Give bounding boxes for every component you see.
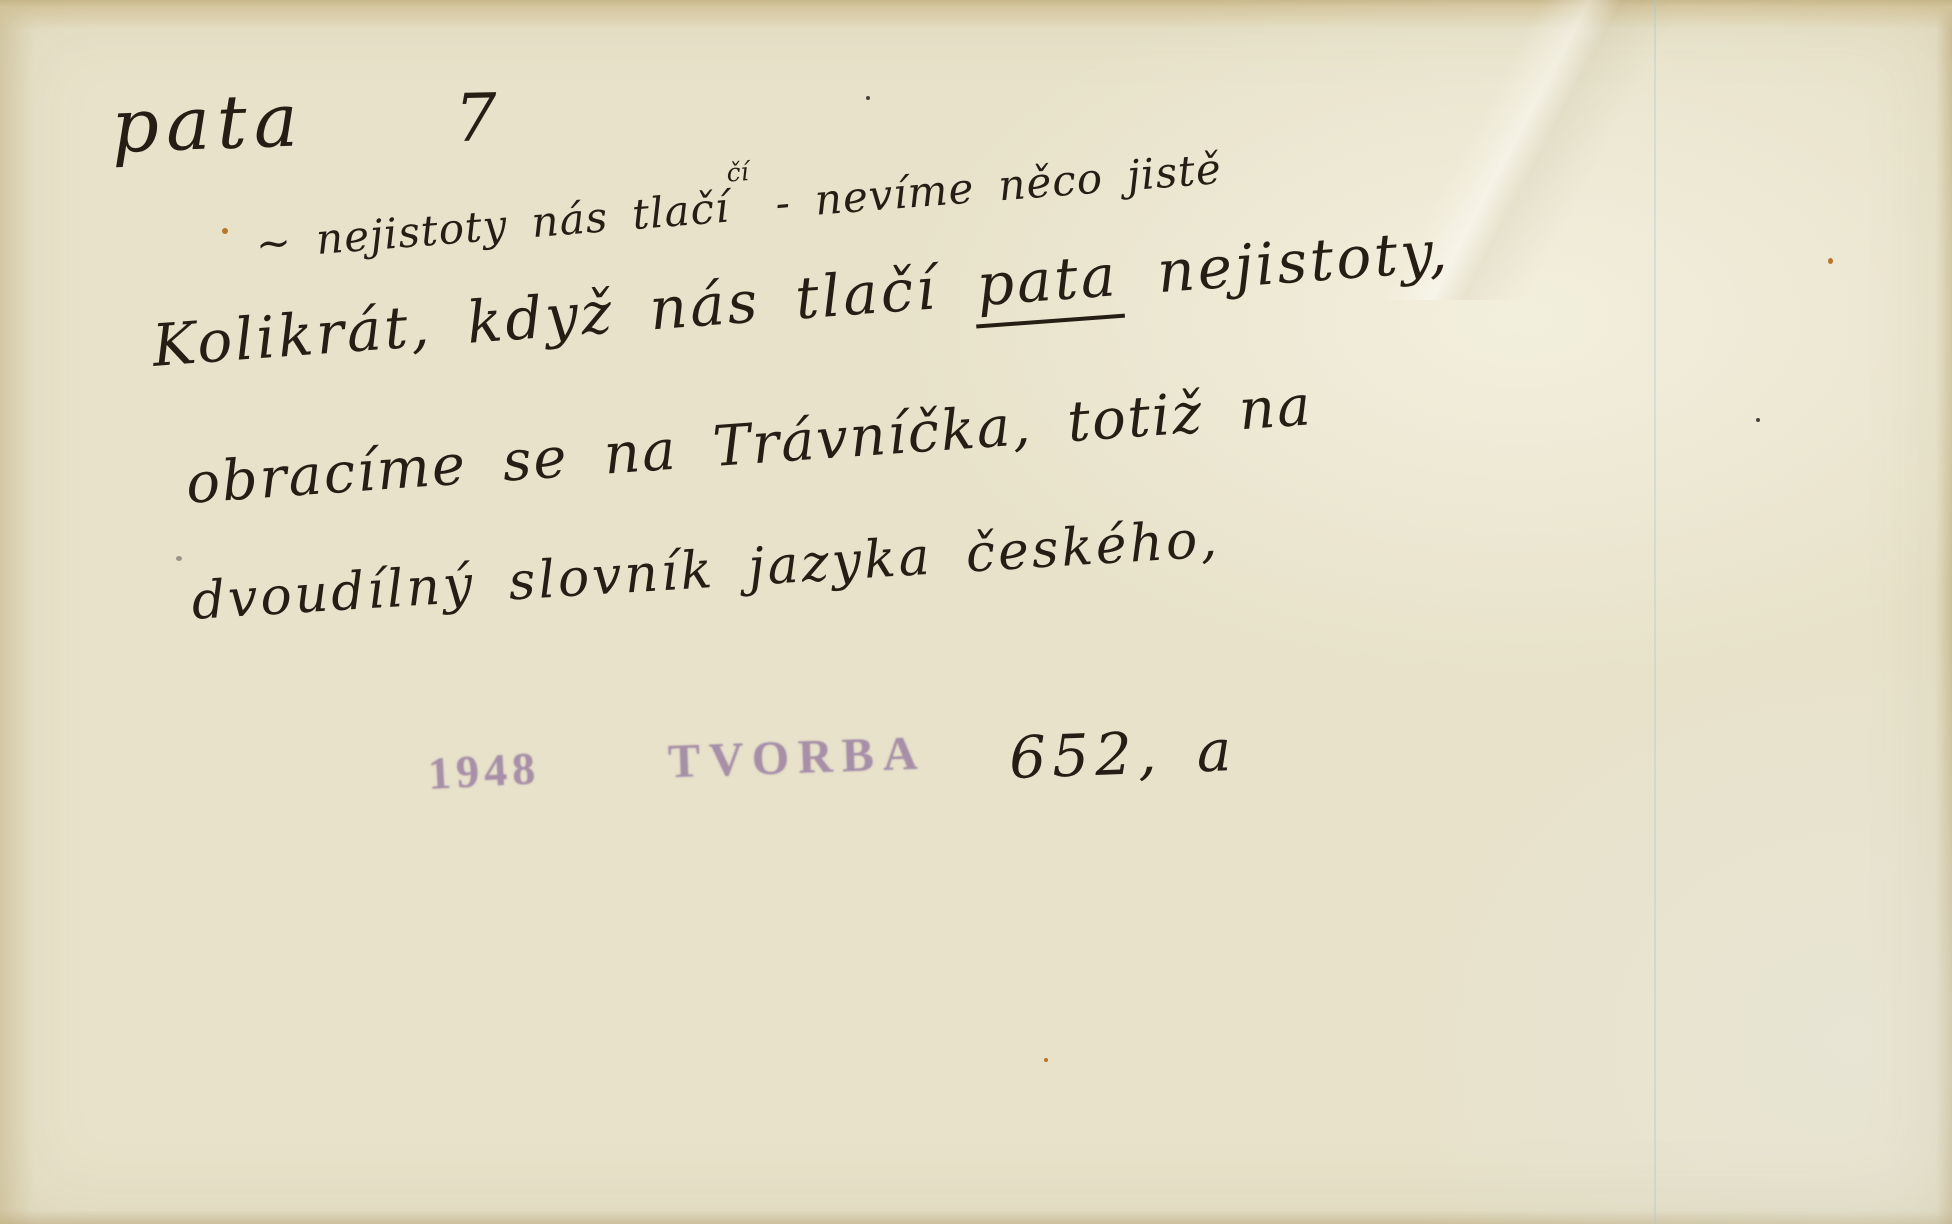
gloss-pre: ~ nejistoty nás tlačí <box>254 183 731 269</box>
stamp-source: TVORBA <box>667 726 927 790</box>
ruled-margin-line <box>1654 0 1656 1224</box>
gloss-post: - nevíme něco jistě <box>774 144 1224 228</box>
quote-line-2: obracíme se na Trávníčka, totiž na <box>184 373 1315 517</box>
gloss-superscript-correction: čí <box>725 157 749 188</box>
paper-speck <box>866 96 870 100</box>
quote-line1-post: nejistoty, <box>1119 217 1452 309</box>
paper-speck <box>222 228 228 234</box>
excerpt-card: pata 7 ~ nejistoty nás tlačíčí - nevíme … <box>0 0 1952 1224</box>
quote-underlined-word: pata <box>970 241 1125 329</box>
paper-speck <box>1828 258 1833 264</box>
quote-line-3: dvoudílný slovník jazyka českého, <box>190 509 1221 632</box>
stamp-year: 1948 <box>427 741 542 800</box>
headword: pata <box>110 77 306 170</box>
paper-speck <box>1756 418 1760 422</box>
quote-line1-pre: Kolikrát, když nás tlačí <box>150 252 975 380</box>
paper-speck <box>1044 1058 1048 1062</box>
paper-speck <box>176 556 182 561</box>
headword-mark: 7 <box>454 79 497 157</box>
reference-number: 652, a <box>1008 716 1238 792</box>
